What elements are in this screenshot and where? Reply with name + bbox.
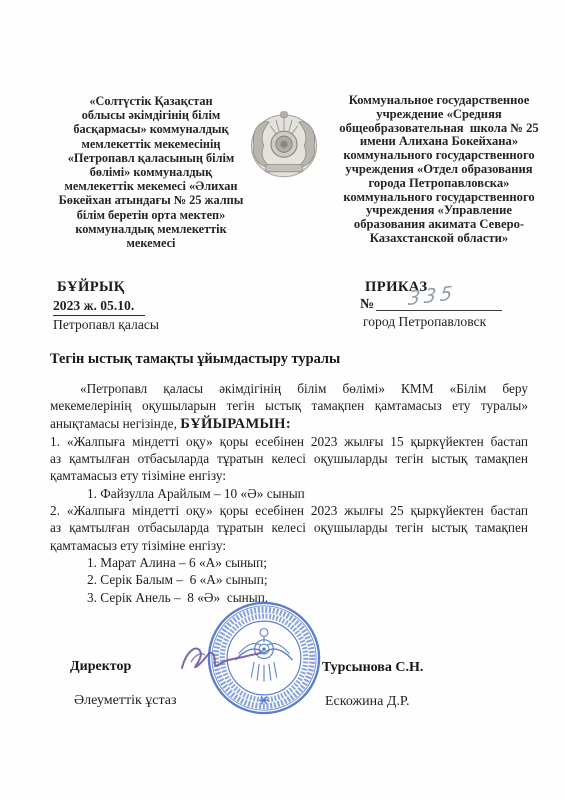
- body-line-text: анықтамасы негізінде,: [50, 416, 180, 431]
- handwritten-order-number: 335: [407, 282, 457, 310]
- body-line-text: мекемелерінің оқушыларын тегін ыстық там…: [50, 398, 528, 413]
- body-line-text: аз қамтылған отбасыларда тұратын келесі …: [50, 520, 528, 535]
- body-line: 1. «Жалпыға міндетті оқу» қоры есебінен …: [50, 433, 528, 450]
- org-name-kazakh: «Солтүстік Қазақстан облысы әкімдігінің …: [55, 94, 247, 250]
- body-line-text: аз қамтылған отбасыларда тұратын келесі …: [50, 451, 528, 466]
- body-line-text: 2. Серік Балым – 6 «А» сынып;: [87, 572, 268, 587]
- signature-role-director: Директор: [70, 659, 131, 675]
- kazakhstan-coat-of-arms-icon: [243, 106, 325, 184]
- body-line: аз қамтылған отбасыларда тұратын келесі …: [50, 519, 528, 536]
- body-line: 1. Файзулла Арайлым – 10 «Ә» сынып: [50, 485, 528, 502]
- body-line: 1. Марат Алина – 6 «А» сынып;: [50, 554, 528, 571]
- signature-name-director: Турсынова С.Н.: [322, 660, 423, 676]
- body-line-text: 1. «Жалпыға міндетті оқу» қоры есебінен …: [50, 434, 528, 449]
- body-line-text: «Петропавл қаласы әкімдігінің білім бөлі…: [80, 381, 528, 396]
- body-line-text: 1. Марат Алина – 6 «А» сынып;: [87, 555, 267, 570]
- body-line-text: қамтамасыз ету тізіміне енгізу:: [50, 468, 226, 483]
- body-line: 2. «Жалпыға міндетті оқу» қоры есебінен …: [50, 502, 528, 519]
- body-line-bold-text: БҰЙЫРАМЫН:: [180, 416, 291, 432]
- scanned-order-document: «Солтүстік Қазақстан облысы әкімдігінің …: [0, 0, 565, 800]
- order-date: 2023 ж. 05.10.: [53, 298, 145, 316]
- signature-name-social-teacher: Ескожина Д.Р.: [325, 694, 409, 710]
- body-line-text: 1. Файзулла Арайлым – 10 «Ә» сынып: [87, 486, 305, 501]
- order-heading-kazakh: БҰЙРЫҚ: [57, 279, 125, 296]
- body-line-text: қамтамасыз ету тізіміне енгізу:: [50, 538, 226, 553]
- body-lines: «Петропавл қаласы әкімдігінің білім бөлі…: [50, 380, 528, 606]
- signature-role-social-teacher: Әлеуметтік ұстаз: [74, 693, 177, 709]
- ink-signature-icon: [179, 640, 263, 674]
- order-number-underline: [376, 310, 502, 311]
- body-line: «Петропавл қаласы әкімдігінің білім бөлі…: [50, 380, 528, 397]
- city-kazakh: Петропавл қаласы: [53, 317, 159, 333]
- city-russian: город Петропавловск: [363, 314, 486, 330]
- document-title: Тегін ыстық тамақты ұйымдастыру туралы: [50, 351, 340, 368]
- body-line: анықтамасы негізінде, БҰЙЫРАМЫН:: [50, 415, 528, 433]
- body-line-text: 2. «Жалпыға міндетті оқу» қоры есебінен …: [50, 503, 528, 518]
- body-line: 2. Серік Балым – 6 «А» сынып;: [50, 571, 528, 588]
- body-line: қамтамасыз ету тізіміне енгізу:: [50, 467, 528, 484]
- org-name-russian: Коммунальное государственное учреждение …: [328, 94, 550, 246]
- body-line: қамтамасыз ету тізіміне енгізу:: [50, 537, 528, 554]
- body-line: мекемелерінің оқушыларын тегін ыстық там…: [50, 397, 528, 414]
- body-line: аз қамтылған отбасыларда тұратын келесі …: [50, 450, 528, 467]
- order-number-sign: №: [360, 297, 374, 313]
